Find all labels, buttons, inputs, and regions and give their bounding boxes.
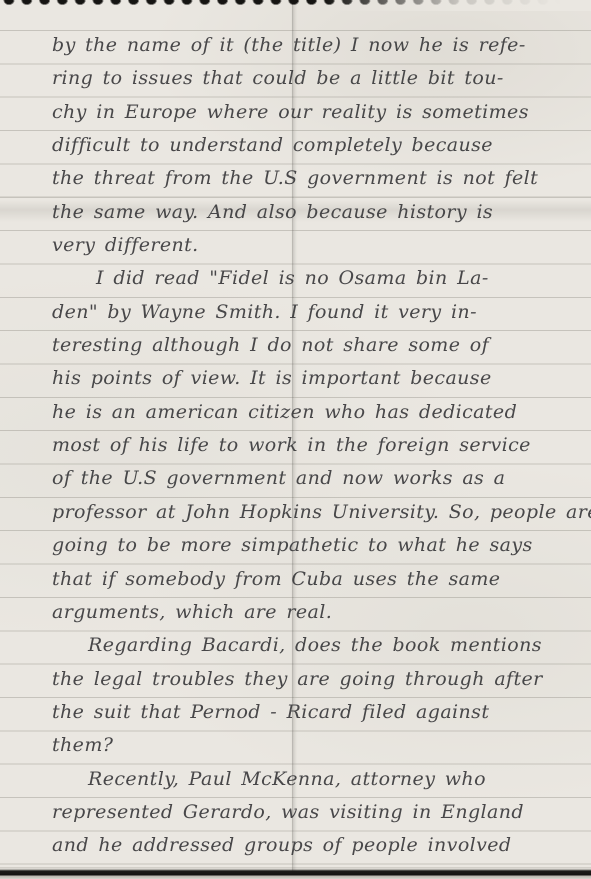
handwritten-line: his points of view. It is important beca… <box>40 362 577 395</box>
binding-holes <box>0 0 591 11</box>
handwritten-line: of the U.S government and now works as a <box>40 462 577 495</box>
handwritten-line: the threat from the U.S government is no… <box>40 162 577 195</box>
handwritten-line: difficult to understand completely becau… <box>40 129 577 162</box>
handwritten-line: Recently, Paul McKenna, attorney who <box>40 763 577 796</box>
handwritten-line: arguments, which are real. <box>40 596 577 629</box>
handwritten-line: them? <box>40 729 577 762</box>
handwritten-line: chy in Europe where our reality is somet… <box>40 96 577 129</box>
handwritten-line: Regarding Bacardi, does the book mention… <box>40 629 577 662</box>
scan-bottom-edge <box>0 867 591 879</box>
handwritten-line: and he addressed groups of people involv… <box>40 829 577 862</box>
handwritten-line: the legal troubles they are going throug… <box>40 663 577 696</box>
handwritten-line: the same way. And also because history i… <box>40 196 577 229</box>
handwritten-line: most of his life to work in the foreign … <box>40 429 577 462</box>
handwritten-line: teresting although I do not share some o… <box>40 329 577 362</box>
handwritten-line: going to be more simpathetic to what he … <box>40 529 577 562</box>
handwritten-line: ring to issues that could be a little bi… <box>40 62 577 95</box>
handwritten-line: by the name of it (the title) I now he i… <box>40 29 577 62</box>
handwritten-line: professor at John Hopkins University. So… <box>40 496 577 529</box>
letter-page: by the name of it (the title) I now he i… <box>0 0 591 879</box>
handwritten-line: very different. <box>40 229 577 262</box>
handwritten-line: that if somebody from Cuba uses the same <box>40 563 577 596</box>
handwritten-line: represented Gerardo, was visiting in Eng… <box>40 796 577 829</box>
handwritten-line: he is an american citizen who has dedica… <box>40 396 577 429</box>
handwritten-line: I did read "Fidel is no Osama bin La- <box>40 262 577 295</box>
handwritten-line: den" by Wayne Smith. I found it very in- <box>40 296 577 329</box>
handwritten-text-block: by the name of it (the title) I now he i… <box>40 29 577 863</box>
handwritten-line: the suit that Pernod - Ricard filed agai… <box>40 696 577 729</box>
